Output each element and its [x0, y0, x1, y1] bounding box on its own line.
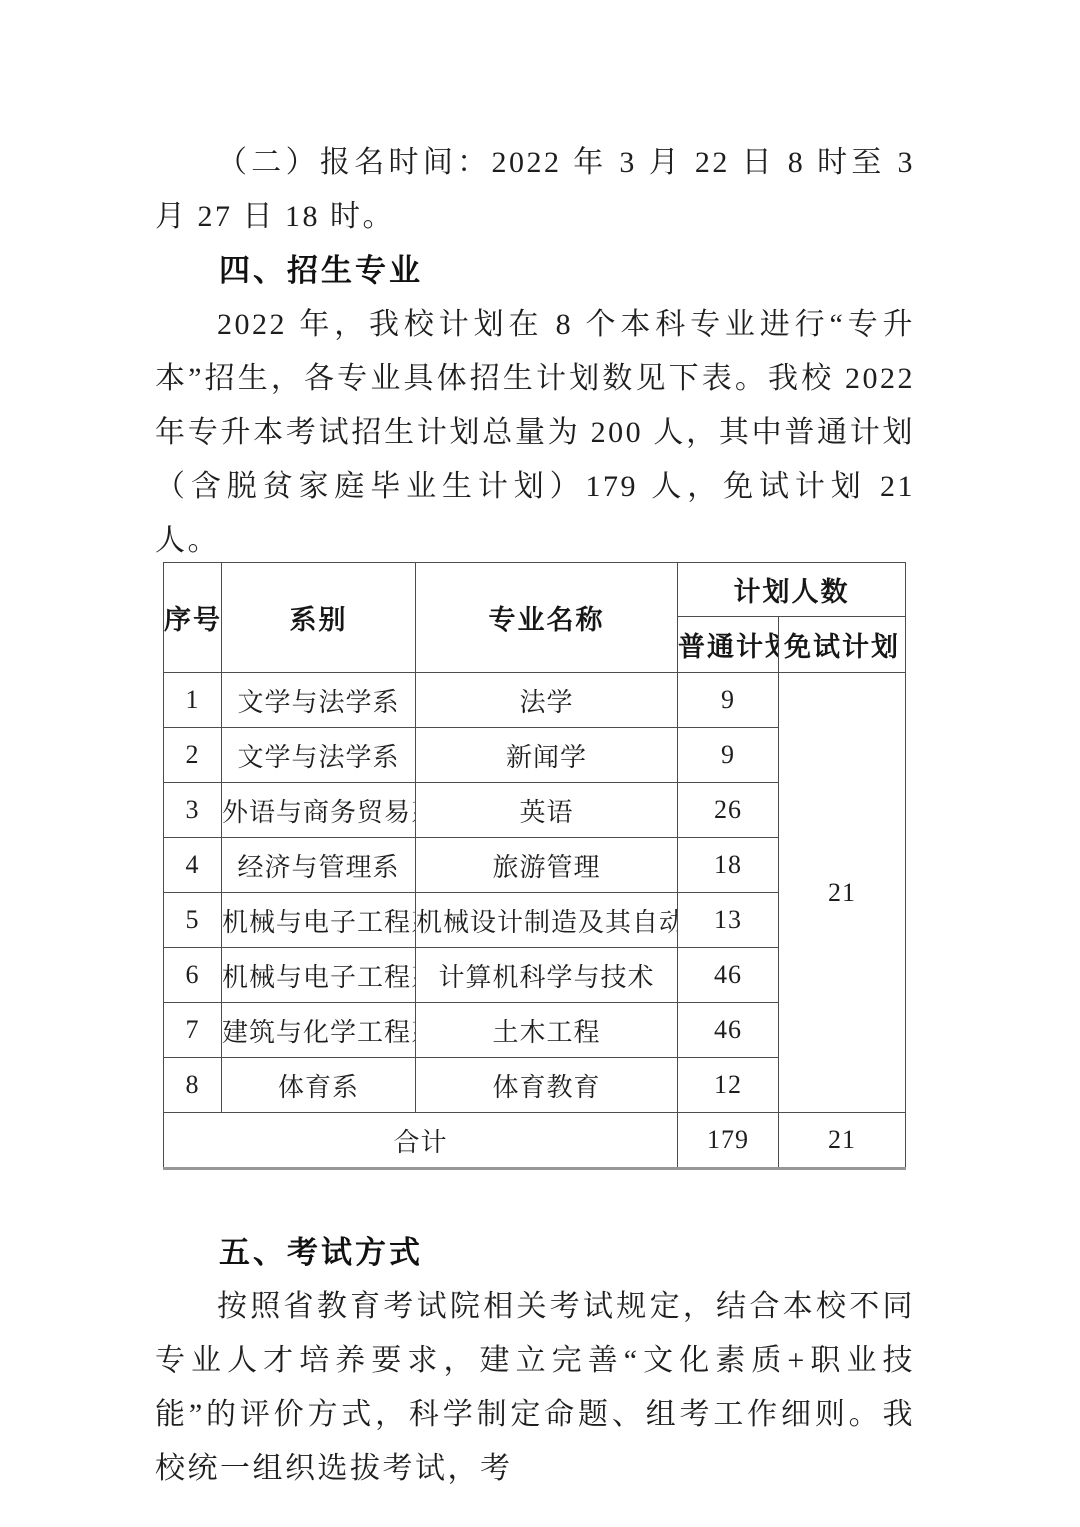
cell-regular-total: 179	[678, 1113, 779, 1169]
col-header-major: 专业名称	[416, 563, 678, 673]
cell-regular: 46	[678, 1003, 779, 1058]
table-header-row-1: 序号 系别 专业名称 计划人数	[164, 563, 906, 617]
cell-regular: 12	[678, 1058, 779, 1113]
cell-department: 机械与电子工程系	[222, 893, 416, 948]
col-header-plan-count: 计划人数	[678, 563, 906, 617]
cell-department: 机械与电子工程系	[222, 948, 416, 1003]
cell-department: 文学与法学系	[222, 728, 416, 783]
section-heading-exam-method: 五、考试方式	[155, 1226, 915, 1280]
paragraph-exam-method: 按照省教育考试院相关考试规定，结合本校不同专业人才培养要求，建立完善“文化素质+…	[155, 1280, 915, 1496]
document-page: （二）报名时间：2022 年 3 月 22 日 8 时至 3 月 27 日 18…	[0, 0, 1080, 1527]
cell-seq: 3	[164, 783, 222, 838]
cell-regular: 13	[678, 893, 779, 948]
table-row: 1 文学与法学系 法学 9 21	[164, 673, 906, 728]
cell-major: 新闻学	[416, 728, 678, 783]
col-header-department: 系别	[222, 563, 416, 673]
cell-major: 体育教育	[416, 1058, 678, 1113]
enrollment-plan-table: 序号 系别 专业名称 计划人数 普通计划 免试计划 1 文学与法学系 法学 9 …	[163, 562, 906, 1170]
cell-regular: 46	[678, 948, 779, 1003]
cell-regular: 9	[678, 673, 779, 728]
cell-seq: 1	[164, 673, 222, 728]
cell-seq: 6	[164, 948, 222, 1003]
cell-major: 英语	[416, 783, 678, 838]
paragraph-registration-time: （二）报名时间：2022 年 3 月 22 日 8 时至 3 月 27 日 18…	[155, 136, 915, 244]
cell-department: 经济与管理系	[222, 838, 416, 893]
table-footer-row: 合计 179 21	[164, 1113, 906, 1169]
cell-department: 建筑与化学工程系	[222, 1003, 416, 1058]
cell-exempt-total: 21	[779, 1113, 906, 1169]
paragraph-enrollment-intro: 2022 年，我校计划在 8 个本科专业进行“专升本”招生，各专业具体招生计划数…	[155, 298, 915, 568]
cell-department: 文学与法学系	[222, 673, 416, 728]
col-header-regular-plan: 普通计划	[678, 617, 779, 673]
cell-major: 机械设计制造及其自动化	[416, 893, 678, 948]
cell-exempt-merged: 21	[779, 673, 906, 1113]
col-header-seq: 序号	[164, 563, 222, 673]
cell-regular: 9	[678, 728, 779, 783]
cell-regular: 18	[678, 838, 779, 893]
cell-major: 土木工程	[416, 1003, 678, 1058]
cell-department: 外语与商务贸易系	[222, 783, 416, 838]
col-header-exempt-plan: 免试计划	[779, 617, 906, 673]
cell-seq: 8	[164, 1058, 222, 1113]
cell-major: 旅游管理	[416, 838, 678, 893]
cell-seq: 4	[164, 838, 222, 893]
cell-major: 计算机科学与技术	[416, 948, 678, 1003]
cell-major: 法学	[416, 673, 678, 728]
cell-seq: 5	[164, 893, 222, 948]
cell-department: 体育系	[222, 1058, 416, 1113]
section-heading-admission-majors: 四、招生专业	[155, 244, 915, 298]
cell-seq: 7	[164, 1003, 222, 1058]
cell-seq: 2	[164, 728, 222, 783]
cell-total-label: 合计	[164, 1113, 678, 1169]
cell-regular: 26	[678, 783, 779, 838]
